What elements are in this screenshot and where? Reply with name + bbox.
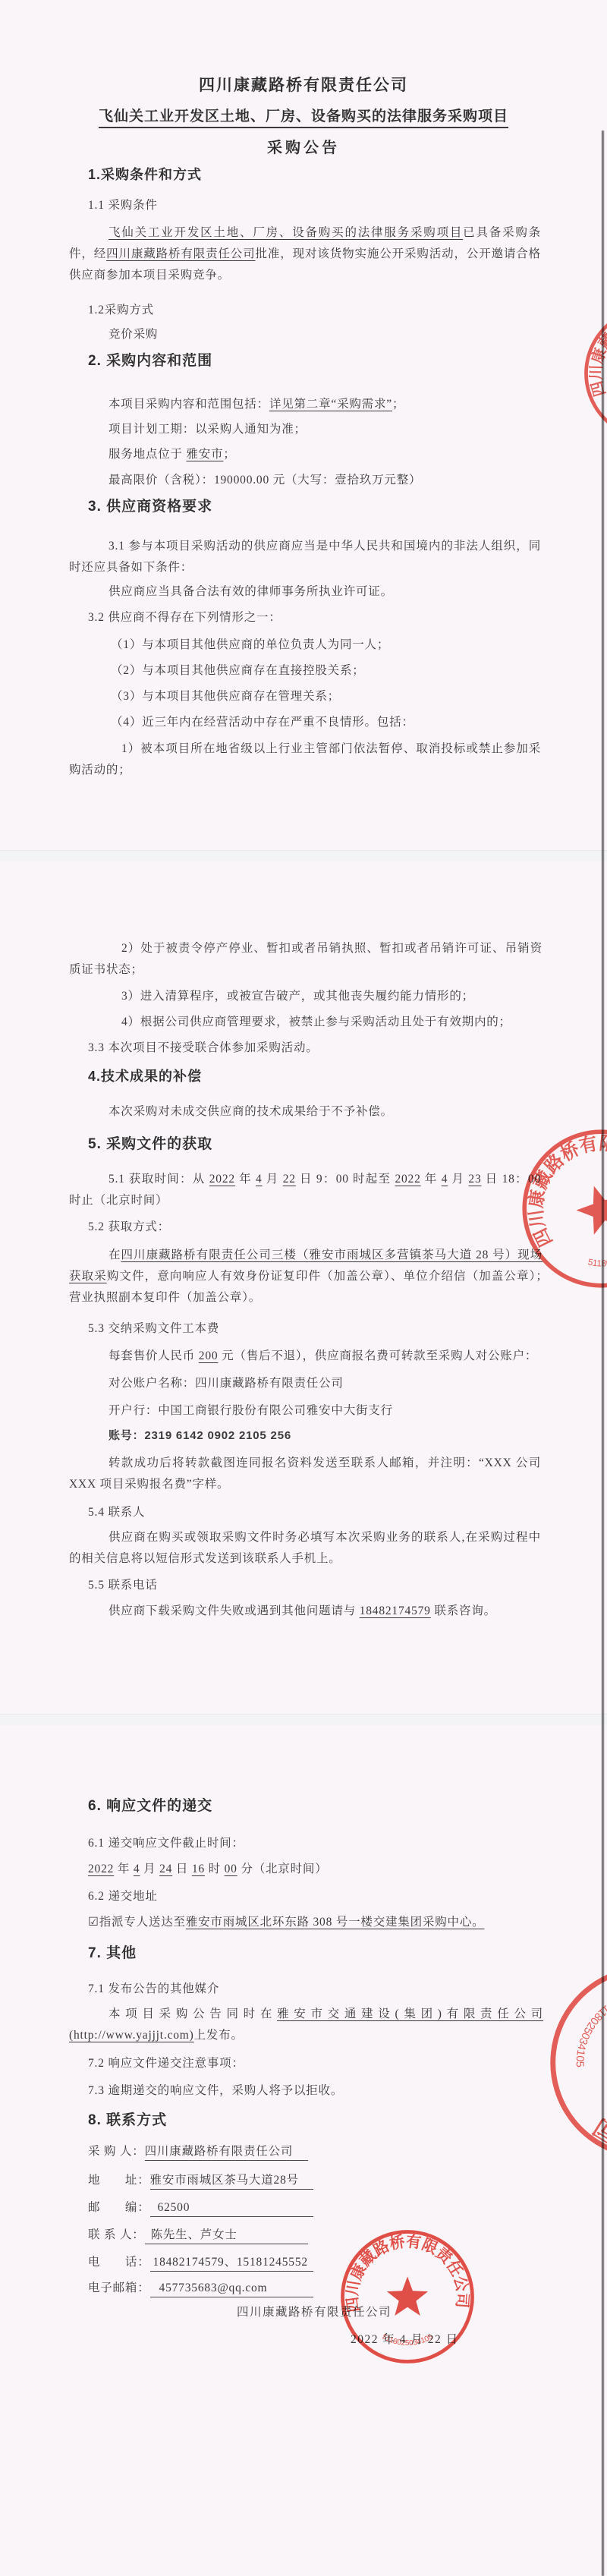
item-3-2-2: （2）与本项目其他供应商存在直接控股关系； [111, 661, 365, 678]
p55-phone-underline: 18482174579 [360, 1604, 431, 1617]
contact-row-person: 联 系 人：陈先生、芦女士 [88, 2225, 308, 2244]
para-6-2-address: ☑指派专人送达至雅安市雨城区北环东路 308 号一楼交建集团采购中心。 [88, 1913, 484, 1929]
para-bid-method: 竞价采购 [109, 325, 158, 342]
para-7-1: 本项目采购公告同时在雅安市交通建设(集团)有限责任公司(http://www.y… [69, 2004, 543, 2046]
scanned-procurement-notice: 四川康藏路桥有限责任公司 飞仙关工业开发区土地、厂房、设备购买的法律服务采购项目… [0, 0, 607, 2576]
p51-wrap: 京时间） [118, 1194, 168, 1207]
contact-label: 地 址： [88, 2174, 150, 2187]
scope-tail: ； [392, 398, 404, 411]
page-break-1 [0, 850, 607, 861]
heading-5-4: 5.4 联系人 [88, 1503, 145, 1519]
contact-value: 62500 [150, 2201, 313, 2217]
heading-8: 8. 联系方式 [88, 2108, 167, 2129]
heading-1-2: 1.2采购方式 [88, 301, 154, 317]
contact-value: 18482174579、15181245552 [150, 2253, 313, 2272]
para-bank: 开户行：中国工商银行股份有限公司雅安中大街支行 [109, 1401, 393, 1418]
para-scope: 本项目采购内容和范围包括：详见第二章“采购需求”； [109, 395, 404, 411]
contact-row-postcode: 邮 编：62500 [88, 2198, 313, 2217]
para-5-4: 供应商在购买或领取采购文件时务必填写本次采购业务的联系人,在采购过程中的相关信息… [69, 1527, 541, 1570]
contact-value: 四川康藏路桥有限责任公司 [145, 2142, 308, 2161]
p51-t6: 月 [448, 1173, 468, 1186]
p53-t1: 每套售价人民币 [109, 1349, 199, 1362]
svg-text:5118025034105: 5118025034105 [584, 1239, 607, 1276]
p71-t1: 本项目采购公告同时在 [109, 2008, 277, 2020]
seal-star-icon [571, 1179, 607, 1238]
heading-7: 7. 其他 [88, 1941, 137, 1962]
item-3-2-3: （3）与本项目其他供应商存在管理关系； [111, 687, 340, 704]
location-underline: 雅安市 [187, 448, 224, 461]
p61-t4: 时 [205, 1863, 225, 1875]
para-3-1b: 供应商应当具备合法有效的律师事务所执业许可证。 [109, 582, 393, 599]
p71-t2: 上发布。 [194, 2029, 244, 2042]
p62-address-underline: 雅安市雨城区北环东路 308 号一楼交建集团采购中心。 [186, 1916, 485, 1929]
heading-2: 2. 采购内容和范围 [88, 349, 212, 370]
heading-6-2: 6.2 递交地址 [88, 1887, 158, 1904]
contact-row-email: 电子邮箱：457735683@qq.com [88, 2278, 313, 2297]
seal-ring-text: 四川康藏路桥有限责任公司 [582, 1970, 607, 2187]
company-seal-partial-3: 四川康藏路桥有限责任公司 5118025034105 [506, 1922, 607, 2204]
para-5-1: 5.1 获取时间：从 2022 年 4 月 22 日 9：00 时起至 2022… [69, 1169, 541, 1211]
contact-label: 联 系 人： [88, 2228, 145, 2241]
contact-label: 采 购 人： [88, 2145, 145, 2158]
heading-7-1: 7.1 发布公告的其他媒介 [88, 1979, 219, 1996]
item-3-2-4: （4）近三年内在经营活动中存在严重不良情形。包括： [111, 713, 414, 729]
para-3-3: 3.3 本次项目不接受联合体参加采购活动。 [88, 1038, 319, 1055]
scope-label: 本项目采购内容和范围包括： [109, 398, 269, 411]
para-1-1: 飞仙关工业开发区土地、厂房、设备购买的法律服务采购项目已具备采购条件，经四川康藏… [69, 222, 541, 286]
contact-value: 雅安市雨城区茶马大道28号 [150, 2171, 313, 2190]
doc-title-notice: 采购公告 [267, 135, 340, 157]
heading-5: 5. 采购文件的获取 [88, 1132, 212, 1153]
checked-checkbox-icon: ☑ [88, 1916, 99, 1929]
p51-t3: 月 [263, 1173, 283, 1186]
p51-t5: 年 [421, 1173, 442, 1186]
para-transfer-note: 转款成功后将转款截图连同报名资料发送至联系人邮箱，并注明：“XXX 公司 XXX… [69, 1453, 541, 1495]
contact-label: 邮 编： [88, 2201, 150, 2214]
heading-3: 3. 供应商资格要求 [88, 495, 212, 515]
heading-6: 6. 响应文件的递交 [88, 1794, 212, 1815]
item-3-2-4-2: 2）处于被责令停产停业、暂扣或者吊销执照、暂扣或者吊销许可证、吊销资质证书状态； [69, 938, 543, 981]
heading-1-1: 1.1 采购条件 [88, 196, 158, 213]
para-account-name: 对公账户名称：四川康藏路桥有限责任公司 [109, 1374, 344, 1390]
p51-month1: 4 [256, 1173, 263, 1186]
contact-label: 电子邮箱： [88, 2282, 150, 2294]
page-break-2 [0, 1714, 607, 1725]
p61-t2: 月 [140, 1863, 159, 1875]
p61-t1: 年 [114, 1863, 134, 1875]
contact-row-phone: 电 话：18482174579、15181245552 [88, 2253, 313, 2272]
heading-6-1: 6.1 递交响应文件截止时间： [88, 1834, 244, 1850]
p61-t5: 分（北京时间） [237, 1863, 328, 1875]
para-5-3: 每套售价人民币 200 元（售后不退），供应商报名费可转款至采购人对公账户： [109, 1346, 537, 1363]
p51-month2: 4 [442, 1173, 448, 1186]
item-3-2-4-4: 4）根据公司供应商管理要求，被禁止参与采购活动且处于有效期内的； [121, 1012, 511, 1029]
contact-value: 457735683@qq.com [150, 2282, 313, 2297]
p55-t1: 供应商下载采购文件失败或遇到其他问题请与 [109, 1604, 360, 1617]
location-tail: ； [223, 448, 235, 461]
svg-text:四川康藏路桥有限责任公司: 四川康藏路桥有限责任公司 [579, 301, 607, 398]
para-3-1: 3.1 参与本项目采购活动的供应商应当是中华人民共和国境内的非法人组织，同时还应… [69, 536, 541, 578]
para-schedule: 项目计划工期：以采购人通知为准； [109, 420, 307, 436]
p61-hour: 16 [192, 1863, 205, 1875]
p52-rest: 购文件，意向响应人有效身份证复印件（加盖公章）、单位介绍信（加盖公章）； 营业执… [69, 1270, 555, 1304]
p61-year: 2022 [88, 1863, 114, 1875]
p61-minute: 00 [225, 1863, 237, 1875]
p55-t2: 联系咨询。 [431, 1604, 496, 1617]
p51-t2: 年 [235, 1173, 256, 1186]
scope-ref-underline: 详见第二章“采购需求” [269, 398, 392, 411]
para-1-1-underline-project: 飞仙关工业开发区土地、厂房、设备购买的法律服务采购项目 [109, 226, 463, 239]
heading-4: 4.技术成果的补偿 [88, 1066, 202, 1085]
para-5-2: 在四川康藏路桥有限责任公司三楼（雅安市雨城区多营镇茶马大道 28 号）现场获取采… [69, 1245, 543, 1308]
p51-day1: 22 [283, 1173, 296, 1186]
heading-5-3: 5.3 交纳采购文件工本费 [88, 1319, 219, 1336]
para-1-1-underline-company: 四川康藏路桥有限责任公司 [106, 247, 255, 260]
p53-t2: 元（售后不退），供应商报名费可转款至采购人对公账户： [218, 1349, 537, 1362]
heading-5-2: 5.2 获取方式： [88, 1217, 170, 1234]
para-account-number: 账号：2319 6142 0902 2105 256 [109, 1427, 291, 1443]
contact-row-buyer: 采 购 人：四川康藏路桥有限责任公司 [88, 2142, 308, 2161]
para-7-3: 7.3 逾期递交的响应文件，采购人将予以拒收。 [88, 2081, 343, 2098]
item-3-2-1: （1）与本项目其他供应商的单位负责人为同一人； [111, 635, 389, 652]
p52-pre: 在 [109, 1249, 121, 1261]
p51-year1: 2022 [209, 1173, 235, 1186]
contact-label: 电 话： [88, 2256, 150, 2269]
heading-1: 1.采购条件和方式 [88, 164, 202, 184]
p62-t1: 指派专人送达至 [99, 1916, 186, 1929]
p51-t1: 5.1 获取时间：从 [109, 1173, 209, 1186]
contact-value: 陈先生、芦女士 [145, 2225, 308, 2244]
seal-star-icon [387, 2276, 428, 2316]
seal-ring-text: 四川康藏路桥有限责任公司 [579, 301, 607, 398]
contact-row-address: 地 址：雅安市雨城区茶马大道28号 [88, 2171, 313, 2190]
heading-5-5: 5.5 联系电话 [88, 1576, 158, 1592]
p61-t3: 日 [172, 1863, 192, 1875]
svg-text:四川康藏路桥有限责任公司: 四川康藏路桥有限责任公司 [582, 1970, 607, 2187]
company-seal-main: 四川康藏路桥有限责任公司 5118025034105 [335, 2225, 480, 2369]
scan-edge-line [602, 131, 604, 2576]
doc-title-company: 四川康藏路桥有限责任公司 [199, 73, 408, 96]
p61-day: 24 [159, 1863, 172, 1875]
p51-day2: 23 [468, 1173, 481, 1186]
para-4: 本次采购对未成交供应商的技术成果给于不予补偿。 [109, 1102, 393, 1119]
svg-text:5118025034105: 5118025034105 [381, 2332, 435, 2348]
company-seal-partial-1: 四川康藏路桥有限责任公司 5118025034105 [570, 292, 607, 455]
para-7-2: 7.2 响应文件递交注意事项： [88, 2054, 244, 2071]
para-price-cap: 最高限价（含税）：190000.00 元（大写：壹拾玖万元整） [109, 471, 421, 487]
seal-serial-text: 5118025034105 [381, 2332, 435, 2348]
location-label: 服务地点位于 [109, 448, 183, 461]
item-3-2-4-3: 3）进入清算程序，或被宣告破产，或其他丧失履约能力情形的； [121, 987, 474, 1003]
p51-t4: 日 9：00 时起至 [296, 1173, 395, 1186]
para-5-5: 供应商下载采购文件失败或遇到其他问题请与 18482174579 联系咨询。 [109, 1601, 496, 1618]
p53-fee-underline: 200 [199, 1349, 219, 1362]
item-3-2-4-1: 1）被本项目所在地省级以上行业主管部门依法暂停、取消投标或禁止参加采购活动的； [69, 738, 541, 781]
doc-title-project: 飞仙关工业开发区土地、厂房、设备购买的法律服务采购项目 [99, 105, 508, 128]
p51-year2: 2022 [395, 1173, 420, 1186]
para-location: 服务地点位于 雅安市； [109, 445, 236, 461]
para-3-2: 3.2 供应商不得存在下列情形之一： [88, 608, 281, 625]
para-6-1-deadline: 2022 年 4 月 24 日 16 时 00 分（北京时间） [88, 1860, 328, 1876]
seal-serial-text: 5118025034105 [584, 1239, 607, 1276]
